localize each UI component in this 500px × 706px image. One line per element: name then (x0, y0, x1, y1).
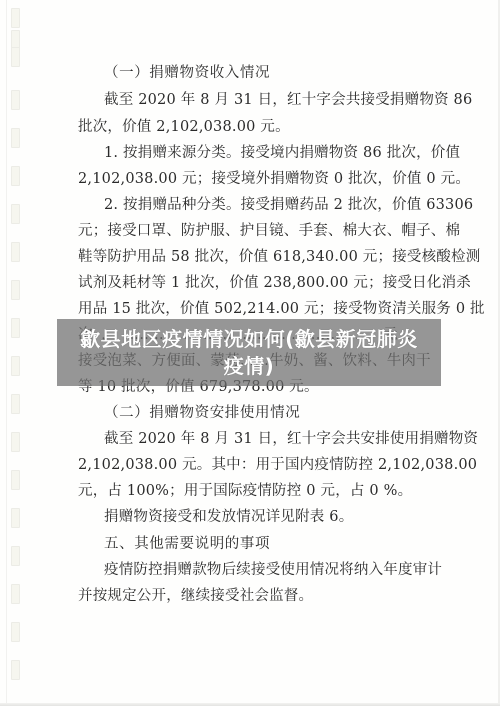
document-text-line: 元，占 100%；用于国际疫情防控 0 元，占 0 %。 (78, 481, 421, 501)
article-title-line-2: 疫情) (224, 353, 275, 380)
section-heading: 五、其他需要说明的事项 (104, 534, 421, 554)
article-title-banner: 歙县地区疫情情况如何(歙县新冠肺炎 疫情) (57, 319, 441, 386)
document-text-line: 截至 2020 年 8 月 31 日，红十字会共安排使用捐赠物资 (104, 429, 421, 449)
document-text-line: 2,102,038.00 元；接受境外捐赠物资 0 批次，价值 0 元。 (78, 169, 421, 189)
binding-hole-mark (11, 47, 20, 67)
article-title-line-1: 歙县地区疫情情况如何(歙县新冠肺炎 (80, 326, 418, 353)
binding-hole-mark (11, 90, 20, 110)
binding-hole-mark (11, 356, 20, 376)
document-text-line: 批次，价值 2,102,038.00 元。 (78, 117, 421, 137)
document-text-line: 2. 按捐赠品种分类。接受捐赠药品 2 批次，价值 63306 (104, 195, 421, 215)
binding-hole-mark (11, 128, 20, 148)
binding-hole-mark (11, 470, 20, 490)
document-text-line: 元；接受口罩、防护服、护目镜、手套、棉大衣、帽子、棉 (78, 221, 421, 241)
section-heading: （二）捐赠物资安排使用情况 (104, 403, 421, 423)
binding-hole-mark (11, 318, 20, 338)
binding-hole-mark (11, 8, 20, 28)
binding-hole-mark (11, 280, 20, 300)
binding-hole-mark (11, 166, 20, 186)
binding-margin (0, 0, 30, 706)
section-heading: （一）捐赠物资收入情况 (104, 63, 421, 83)
document-text-line: 鞋等防护用品 58 批次，价值 618,340.00 元；接受核酸检测 (78, 247, 421, 267)
margin-rule (6, 0, 7, 706)
document-text-line: 试剂及耗材等 1 批次，价值 238,800.00 元；接受日化消杀 (78, 273, 421, 293)
binding-hole-mark (11, 546, 20, 566)
binding-hole-mark (11, 508, 20, 528)
document-text-line: 1. 按捐赠来源分类。接受境内捐赠物资 86 批次，价值 (104, 143, 421, 163)
binding-hole-mark (11, 394, 20, 414)
binding-hole-mark (11, 660, 20, 680)
document-text-line: 捐赠物资接受和发放情况详见附表 6。 (104, 507, 421, 527)
document-text-line: 2,102,038.00 元。其中：用于国内疫情防控 2,102,038.00 (78, 455, 421, 475)
document-text-line: 截至 2020 年 8 月 31 日，红十字会共接受捐赠物资 86 (104, 90, 421, 110)
binding-hole-mark (11, 432, 20, 452)
document-text-line: 疫情防控捐赠款物后续接受使用情况将纳入年度审计 (104, 560, 421, 580)
binding-hole-mark (11, 204, 20, 224)
binding-hole-mark (11, 584, 20, 604)
document-text-line: 并按规定公开，继续接受社会监督。 (78, 586, 421, 606)
binding-hole-mark (11, 622, 20, 642)
document-text-line: 用品 15 批次，价值 502,214.00 元；接受物资清关服务 0 批 (78, 299, 421, 319)
binding-hole-mark (11, 242, 20, 262)
